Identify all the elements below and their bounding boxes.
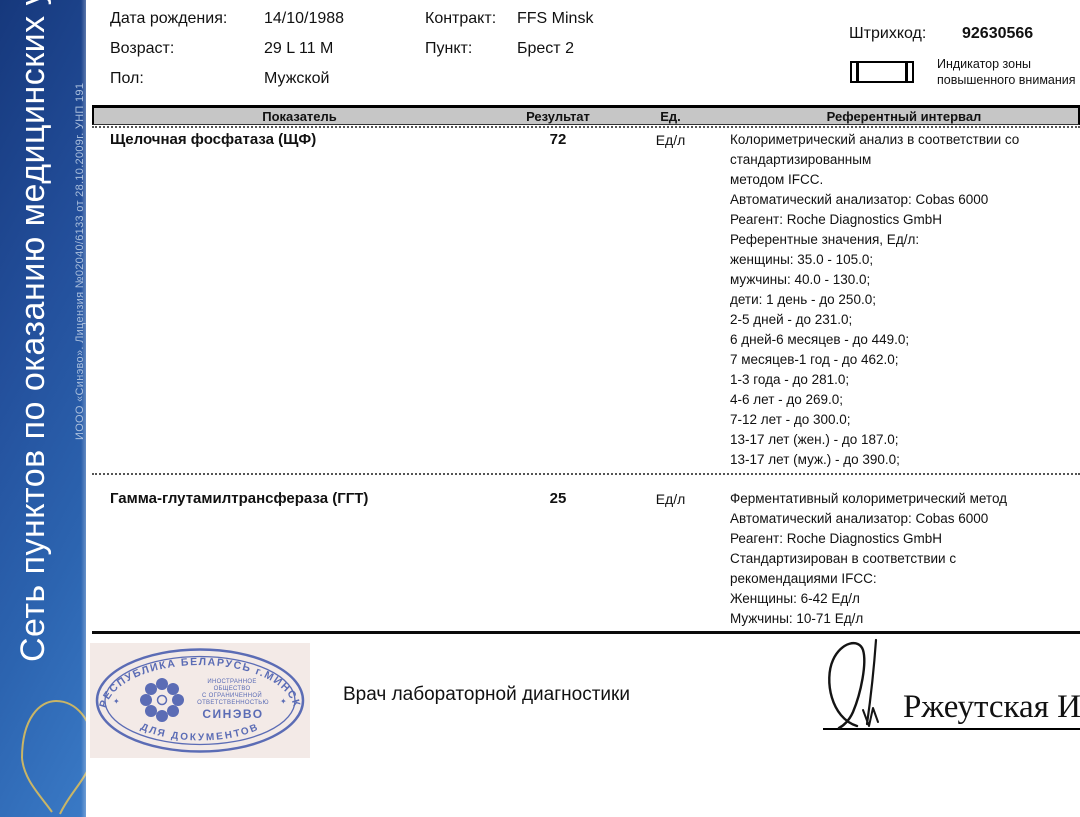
test-unit: Ед/л <box>611 130 730 470</box>
test-name: Щелочная фосфатаза (ЩФ) <box>92 130 505 470</box>
indicator-left-bar <box>856 63 859 81</box>
test-reference: Колориметрический анализ в соответствии … <box>730 130 1080 470</box>
point-label: Пункт: <box>425 40 472 58</box>
test-name: Гамма-глутамилтрансфераза (ГГТ) <box>92 489 505 629</box>
attention-zone-caption: Индикатор зоны повышенного внимания <box>937 56 1076 88</box>
company-stamp: РЕСПУБЛИКА БЕЛАРУСЬ г.МИНСК ДЛЯ ДОКУМЕНТ… <box>90 643 310 758</box>
stamp-graphic: РЕСПУБЛИКА БЕЛАРУСЬ г.МИНСК ДЛЯ ДОКУМЕНТ… <box>90 643 310 758</box>
header-unit: Ед. <box>611 109 730 124</box>
test-result: 72 <box>505 130 611 470</box>
stamp-flower-icon <box>140 678 184 722</box>
brand-sidebar: Сеть пунктов по оказанию медицинских у И… <box>0 0 86 817</box>
birthdate-label: Дата рождения: <box>110 10 227 28</box>
barcode-label: Штрихкод: <box>849 25 926 43</box>
report-document: Дата рождения: 14/10/1988 Возраст: 29 L … <box>86 0 1080 817</box>
results-table-header: Показатель Результат Ед. Референтный инт… <box>92 105 1080 125</box>
test-reference: Ферментативный колориметрический метод А… <box>730 489 1080 629</box>
attention-zone-indicator-box <box>850 61 914 83</box>
sex-value: Мужской <box>264 70 329 88</box>
stamp-right-ornament: ✦ <box>280 697 287 706</box>
stamp-org-text: ИНОСТРАННОЕ ОБЩЕСТВО С ОГРАНИЧЕННОЙ ОТВЕ… <box>197 679 269 706</box>
stamp-brand-text: СИНЭВО <box>202 707 263 721</box>
sidebar-slogan: Сеть пунктов по оказанию медицинских у <box>14 0 53 662</box>
signature-block: Ржеутская И.А. <box>823 640 1080 730</box>
test-result: 25 <box>505 489 611 629</box>
table-row: Гамма-глутамилтрансфераза (ГГТ) 25 Ед/л … <box>92 475 1080 631</box>
doctor-signature-name: Ржеутская И.А. <box>903 689 1080 726</box>
doctor-title: Врач лабораторной диагностики <box>343 684 630 706</box>
sidebar-license-text: ИООО «Синэво». Лицензия №02040/6133 от 2… <box>74 83 86 440</box>
point-value: Брест 2 <box>517 40 574 58</box>
table-bottom-rule <box>92 631 1080 634</box>
contract-value: FFS Minsk <box>517 10 593 28</box>
table-row: Щелочная фосфатаза (ЩФ) 72 Ед/л Колориме… <box>92 128 1080 472</box>
age-label: Возраст: <box>110 40 174 58</box>
test-unit: Ед/л <box>611 489 730 629</box>
balloon-logo-icon <box>0 700 86 817</box>
lab-report-page: Сеть пунктов по оказанию медицинских у И… <box>0 0 1080 817</box>
sex-label: Пол: <box>110 70 144 88</box>
indicator-right-bar <box>905 63 908 81</box>
header-result: Результат <box>505 109 611 124</box>
header-indicator: Показатель <box>94 109 505 124</box>
header-reference-interval: Референтный интервал <box>730 109 1078 124</box>
contract-label: Контракт: <box>425 10 496 28</box>
age-value: 29 L 11 M <box>264 40 333 58</box>
results-table: Показатель Результат Ед. Референтный инт… <box>92 105 1080 634</box>
birthdate-value: 14/10/1988 <box>264 10 344 28</box>
barcode-value: 92630566 <box>962 25 1033 43</box>
stamp-left-ornament: ✦ <box>113 697 120 706</box>
